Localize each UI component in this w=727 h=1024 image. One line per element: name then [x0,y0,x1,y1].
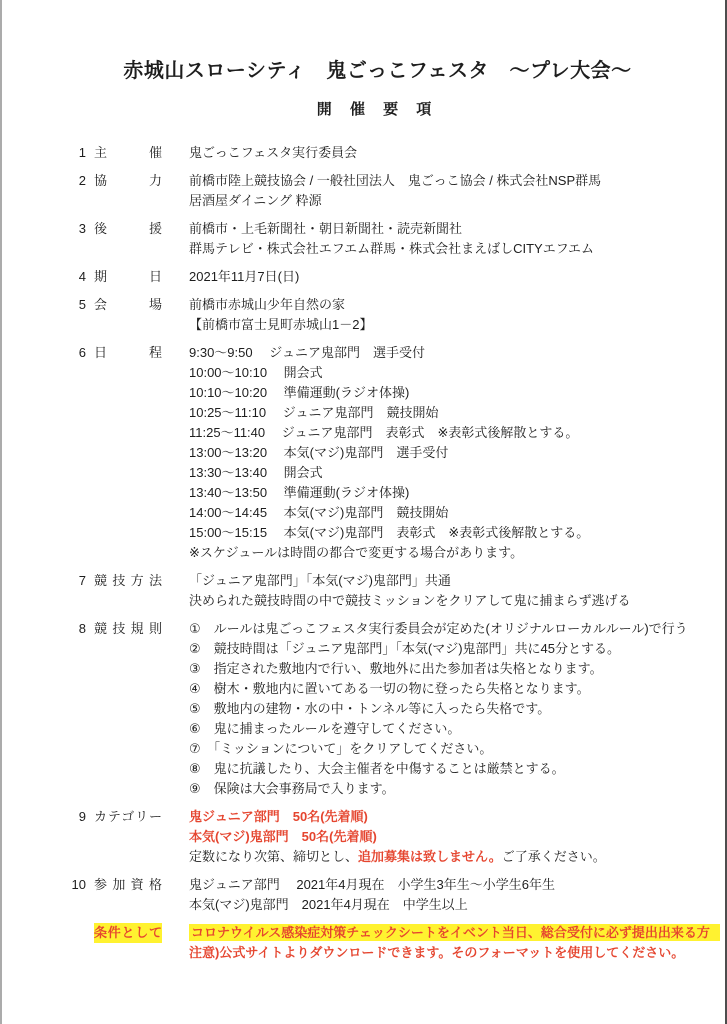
text-segment: ⑦ 「ミッションについて」をクリアしてください。 [189,741,492,756]
text-segment: ⑤ 敷地内の建物・水の中・トンネル等に入ったら失格です。 [189,701,550,716]
section-label: 協力 [94,171,162,191]
text-segment: ⑥ 鬼に捕まったルールを遵守してください。 [189,721,460,736]
section-content: コロナウイルス感染症対策チェックシートをイベント当日、総合受付に必ず提出出来る方… [189,923,687,963]
text-segment: 13:00～13:20 本気(マジ)鬼部門 選手受付 [189,445,448,460]
section-content: 前橋市赤城山少年自然の家【前橋市富士見町赤城山1－2】 [189,295,687,335]
text-segment: 鬼ごっこフェスタ実行委員会 [189,145,357,160]
section-content: ① ルールは鬼ごっこフェスタ実行委員会が定めた(オリジナルローカルルール)で行う… [189,619,687,799]
text-segment: ② 競技時間は「ジュニア鬼部門」「本気(マジ)鬼部門」共に45分とする。 [189,641,620,656]
document-page: 赤城山スローシティ 鬼ごっこフェスタ ～プレ大会～ 開 催 要 項 1主催鬼ごっ… [0,0,727,1024]
section-row-4: 4期日2021年11月7日(日) [68,267,687,287]
section-row-8: 8競技規則① ルールは鬼ごっこフェスタ実行委員会が定めた(オリジナルローカルルー… [68,619,687,799]
document-subtitle: 開 催 要 項 [68,98,687,119]
section-row-9: 9カテゴリー鬼ジュニア部門 50名(先着順)本気(マジ)鬼部門 50名(先着順)… [68,807,687,867]
text-segment: 【前橋市富士見町赤城山1－2】 [189,317,372,332]
text-line: 14:00～14:45 本気(マジ)鬼部門 競技開始 [189,503,687,523]
text-line: 13:30～13:40 開会式 [189,463,687,483]
text-segment: ※スケジュールは時間の都合で変更する場合があります。 [189,545,523,560]
section-number: 6 [68,343,90,363]
section-number: 8 [68,619,90,639]
text-segment: 11:25～11:40 ジュニア鬼部門 表彰式 ※表彰式後解散とする。 [189,425,578,440]
text-segment: 鬼ジュニア部門 2021年4月現在 小学生3年生～小学生6年生 [189,877,555,892]
text-line: コロナウイルス感染症対策チェックシートをイベント当日、総合受付に必ず提出出来る方 [189,923,687,943]
text-segment: コロナウイルス感染症対策チェックシートをイベント当日、総合受付に必ず提出出来る方 [189,924,720,941]
section-number: 10 [68,875,90,895]
section-label: 条件として [94,923,162,943]
text-line: ※スケジュールは時間の都合で変更する場合があります。 [189,543,687,563]
section-row-1: 1主催鬼ごっこフェスタ実行委員会 [68,143,687,163]
section-content: 鬼ジュニア部門 2021年4月現在 小学生3年生～小学生6年生本気(マジ)鬼部門… [189,875,687,915]
text-line: ⑧ 鬼に抗議したり、大会主催者を中傷することは厳禁とする。 [189,759,687,779]
section-row-5: 5会場前橋市赤城山少年自然の家【前橋市富士見町赤城山1－2】 [68,295,687,335]
text-segment: 9:30～9:50 ジュニア鬼部門 選手受付 [189,345,425,360]
section-label: 会場 [94,295,162,315]
section-label: カテゴリー [94,807,162,827]
text-segment: 15:00～15:15 本気(マジ)鬼部門 表彰式 ※表彰式後解散とする。 [189,525,589,540]
text-line: 注意)公式サイトよりダウンロードできます。そのフォーマットを使用してください。 [189,943,687,963]
section-label: 競技方法 [94,571,162,591]
section-label: 参加資格 [94,875,162,895]
text-line: ④ 樹木・敷地内に置いてある一切の物に登ったら失格となります。 [189,679,687,699]
section-number: 2 [68,171,90,191]
section-row-note: 条件としてコロナウイルス感染症対策チェックシートをイベント当日、総合受付に必ず提… [68,923,687,963]
text-line: 10:10～10:20 準備運動(ラジオ体操) [189,383,687,403]
section-number: 7 [68,571,90,591]
text-line: 10:25～11:10 ジュニア鬼部門 競技開始 [189,403,687,423]
text-segment: 「ジュニア鬼部門」「本気(マジ)鬼部門」共通 [189,573,451,588]
text-segment: 10:10～10:20 準備運動(ラジオ体操) [189,385,409,400]
text-segment: 注意)公式サイトよりダウンロードできます。そのフォーマットを使用してください。 [189,945,684,960]
section-label: 主催 [94,143,162,163]
text-segment: 10:25～11:10 ジュニア鬼部門 競技開始 [189,405,438,420]
text-line: 13:40～13:50 準備運動(ラジオ体操) [189,483,687,503]
text-segment: 本気(マジ)鬼部門 50名(先着順) [189,829,377,844]
text-line: ⑦ 「ミッションについて」をクリアしてください。 [189,739,687,759]
section-content: 「ジュニア鬼部門」「本気(マジ)鬼部門」共通決められた競技時間の中で競技ミッショ… [189,571,687,611]
text-line: 群馬テレビ・株式会社エフエム群馬・株式会社まえばしCITYエフエム [189,239,687,259]
section-number: 4 [68,267,90,287]
section-number: 3 [68,219,90,239]
text-line: 前橋市赤城山少年自然の家 [189,295,687,315]
section-label: 競技規則 [94,619,162,639]
text-line: 13:00～13:20 本気(マジ)鬼部門 選手受付 [189,443,687,463]
text-segment: 本気(マジ)鬼部門 2021年4月現在 中学生以上 [189,897,468,912]
section-number: 5 [68,295,90,315]
text-segment: 14:00～14:45 本気(マジ)鬼部門 競技開始 [189,505,448,520]
section-content: 9:30～9:50 ジュニア鬼部門 選手受付10:00～10:10 開会式10:… [189,343,687,563]
text-line: ② 競技時間は「ジュニア鬼部門」「本気(マジ)鬼部門」共に45分とする。 [189,639,687,659]
section-content: 2021年11月7日(日) [189,267,687,287]
text-line: 「ジュニア鬼部門」「本気(マジ)鬼部門」共通 [189,571,687,591]
text-line: 前橋市陸上競技協会 / 一般社団法人 鬼ごっこ協会 / 株式会社NSP群馬 [189,171,687,191]
section-number: 9 [68,807,90,827]
text-line: ⑨ 保険は大会事務局で入ります。 [189,779,687,799]
text-segment: 13:40～13:50 準備運動(ラジオ体操) [189,485,409,500]
text-segment: 居酒屋ダイニング 粋源 [189,193,322,208]
text-segment: 前橋市赤城山少年自然の家 [189,297,345,312]
text-segment: 追加募集は致しません。 [358,849,502,864]
document-title: 赤城山スローシティ 鬼ごっこフェスタ ～プレ大会～ [68,54,687,83]
text-line: 2021年11月7日(日) [189,267,687,287]
sections-list: 1主催鬼ごっこフェスタ実行委員会2協力前橋市陸上競技協会 / 一般社団法人 鬼ご… [68,143,687,963]
section-row-6: 6日程9:30～9:50 ジュニア鬼部門 選手受付10:00～10:10 開会式… [68,343,687,563]
section-content: 前橋市陸上競技協会 / 一般社団法人 鬼ごっこ協会 / 株式会社NSP群馬居酒屋… [189,171,687,211]
text-line: 本気(マジ)鬼部門 50名(先着順) [189,827,687,847]
text-line: 10:00～10:10 開会式 [189,363,687,383]
text-segment: ご了承ください。 [502,849,606,864]
text-line: ⑤ 敷地内の建物・水の中・トンネル等に入ったら失格です。 [189,699,687,719]
text-segment: ④ 樹木・敷地内に置いてある一切の物に登ったら失格となります。 [189,681,590,696]
text-line: 本気(マジ)鬼部門 2021年4月現在 中学生以上 [189,895,687,915]
section-label: 期日 [94,267,162,287]
text-line: 【前橋市富士見町赤城山1－2】 [189,315,687,335]
text-line: 鬼ジュニア部門 50名(先着順) [189,807,687,827]
text-line: 15:00～15:15 本気(マジ)鬼部門 表彰式 ※表彰式後解散とする。 [189,523,687,543]
text-line: 定数になり次第、締切とし、追加募集は致しません。ご了承ください。 [189,847,687,867]
text-line: 鬼ごっこフェスタ実行委員会 [189,143,687,163]
section-content: 鬼ジュニア部門 50名(先着順)本気(マジ)鬼部門 50名(先着順)定数になり次… [189,807,687,867]
section-content: 前橋市・上毛新聞社・朝日新聞社・読売新聞社群馬テレビ・株式会社エフエム群馬・株式… [189,219,687,259]
section-row-10: 10参加資格鬼ジュニア部門 2021年4月現在 小学生3年生～小学生6年生本気(… [68,875,687,915]
text-segment: ③ 指定された敷地内で行い、敷地外に出た参加者は失格となります。 [189,661,603,676]
text-segment: ⑧ 鬼に抗議したり、大会主催者を中傷することは厳禁とする。 [189,761,565,776]
text-segment: 鬼ジュニア部門 50名(先着順) [189,809,368,824]
text-segment: 群馬テレビ・株式会社エフエム群馬・株式会社まえばしCITYエフエム [189,241,594,256]
text-segment: 決められた競技時間の中で競技ミッションをクリアして鬼に捕まらず逃げる [189,593,630,608]
text-line: ③ 指定された敷地内で行い、敷地外に出た参加者は失格となります。 [189,659,687,679]
text-segment: 前橋市陸上競技協会 / 一般社団法人 鬼ごっこ協会 / 株式会社NSP群馬 [189,173,601,188]
section-label: 後援 [94,219,162,239]
text-line: ① ルールは鬼ごっこフェスタ実行委員会が定めた(オリジナルローカルルール)で行う [189,619,687,639]
text-segment: ⑨ 保険は大会事務局で入ります。 [189,781,395,796]
text-line: 決められた競技時間の中で競技ミッションをクリアして鬼に捕まらず逃げる [189,591,687,611]
text-segment: ① ルールは鬼ごっこフェスタ実行委員会が定めた(オリジナルローカルルール)で行う [189,621,688,636]
text-line: 鬼ジュニア部門 2021年4月現在 小学生3年生～小学生6年生 [189,875,687,895]
text-line: ⑥ 鬼に捕まったルールを遵守してください。 [189,719,687,739]
text-line: 11:25～11:40 ジュニア鬼部門 表彰式 ※表彰式後解散とする。 [189,423,687,443]
text-segment: 10:00～10:10 開会式 [189,365,323,380]
text-segment: 13:30～13:40 開会式 [189,465,323,480]
text-segment: 前橋市・上毛新聞社・朝日新聞社・読売新聞社 [189,221,462,236]
section-row-7: 7競技方法「ジュニア鬼部門」「本気(マジ)鬼部門」共通決められた競技時間の中で競… [68,571,687,611]
section-number: 1 [68,143,90,163]
section-row-2: 2協力前橋市陸上競技協会 / 一般社団法人 鬼ごっこ協会 / 株式会社NSP群馬… [68,171,687,211]
section-content: 鬼ごっこフェスタ実行委員会 [189,143,687,163]
text-line: 9:30～9:50 ジュニア鬼部門 選手受付 [189,343,687,363]
text-line: 居酒屋ダイニング 粋源 [189,191,687,211]
section-label: 日程 [94,343,162,363]
text-line: 前橋市・上毛新聞社・朝日新聞社・読売新聞社 [189,219,687,239]
section-row-3: 3後援前橋市・上毛新聞社・朝日新聞社・読売新聞社群馬テレビ・株式会社エフエム群馬… [68,219,687,259]
text-segment: 定数になり次第、締切とし、 [189,849,358,864]
text-segment: 2021年11月7日(日) [189,269,299,284]
